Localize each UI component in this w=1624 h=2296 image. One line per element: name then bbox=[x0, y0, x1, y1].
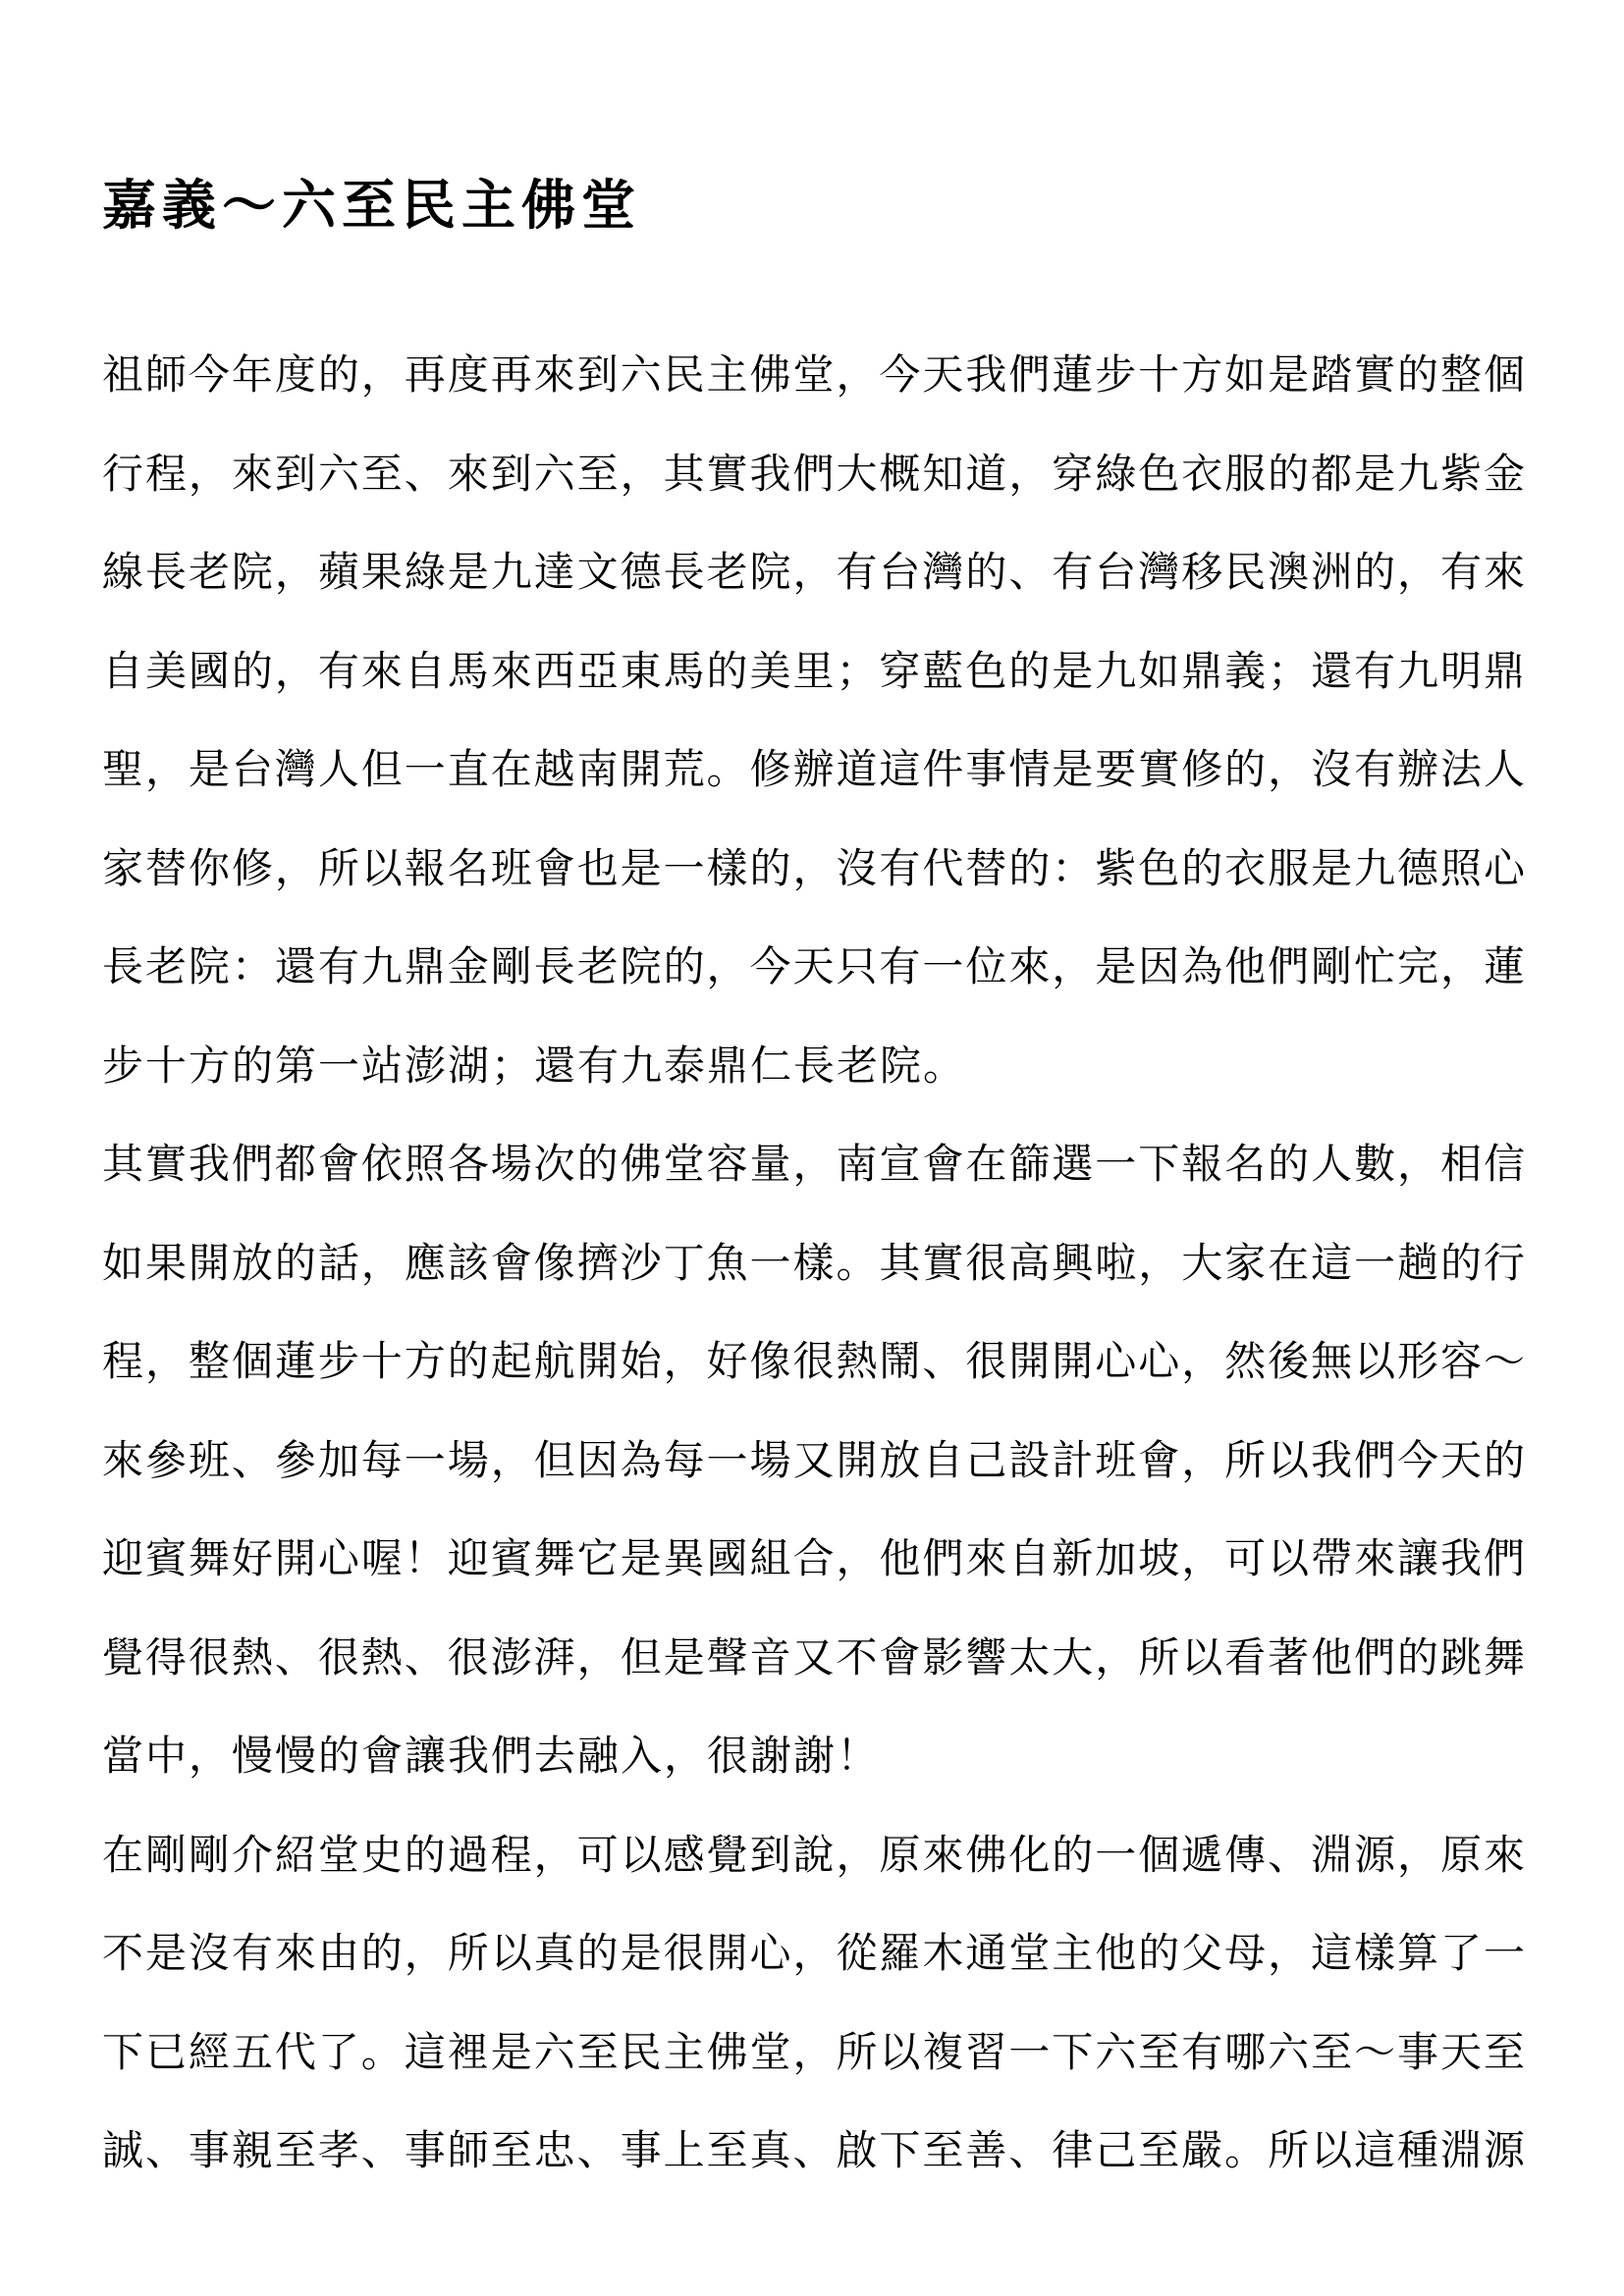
text-line: 自美國的，有來自馬來西亞東馬的美里；穿藍色的是九如鼎義；還有九明鼎 bbox=[102, 622, 1526, 721]
text-line: 當中，慢慢的會讓我們去融入，很謝謝！ bbox=[102, 1707, 1526, 1806]
text-line: 祖師今年度的，再度再來到六民主佛堂，今天我們蓮步十方如是踏實的整個 bbox=[102, 326, 1526, 425]
text-line: 程，整個蓮步十方的起航開始，好像很熱鬧、很開開心心，然後無以形容～ bbox=[102, 1312, 1526, 1412]
paragraph: 祖師今年度的，再度再來到六民主佛堂，今天我們蓮步十方如是踏實的整個行程，來到六至… bbox=[102, 326, 1526, 1115]
paragraph: 在剛剛介紹堂史的過程，可以感覺到說，原來佛化的一個遞傳、淵源，原來不是沒有來由的… bbox=[102, 1806, 1526, 2201]
text-line: 來參班、參加每一場，但因為每一場又開放自己設計班會，所以我們今天的 bbox=[102, 1412, 1526, 1511]
text-line: 行程，來到六至、來到六至，其實我們大概知道，穿綠色衣服的都是九紫金 bbox=[102, 425, 1526, 524]
document-page: 嘉義～六至民主佛堂 祖師今年度的，再度再來到六民主佛堂，今天我們蓮步十方如是踏實… bbox=[0, 0, 1624, 2296]
text-line: 覺得很熱、很熱、很澎湃，但是聲音又不會影響太大，所以看著他們的跳舞 bbox=[102, 1609, 1526, 1708]
text-line: 在剛剛介紹堂史的過程，可以感覺到說，原來佛化的一個遞傳、淵源，原來 bbox=[102, 1806, 1526, 1905]
text-line: 如果開放的話，應該會像擠沙丁魚一樣。其實很高興啦，大家在這一趟的行 bbox=[102, 1214, 1526, 1313]
text-line: 其實我們都會依照各場次的佛堂容量，南宣會在篩選一下報名的人數，相信 bbox=[102, 1115, 1526, 1214]
text-line: 迎賓舞好開心喔！迎賓舞它是異國組合，他們來自新加坡，可以帶來讓我們 bbox=[102, 1510, 1526, 1609]
document-body: 祖師今年度的，再度再來到六民主佛堂，今天我們蓮步十方如是踏實的整個行程，來到六至… bbox=[102, 326, 1526, 2201]
text-line: 聖，是台灣人但一直在越南開荒。修辦道這件事情是要實修的，沒有辦法人 bbox=[102, 721, 1526, 820]
text-line: 長老院：還有九鼎金剛長老院的，今天只有一位來，是因為他們剛忙完，蓮 bbox=[102, 918, 1526, 1017]
text-line: 家替你修，所以報名班會也是一樣的，沒有代替的：紫色的衣服是九德照心 bbox=[102, 820, 1526, 919]
text-line: 不是沒有來由的，所以真的是很開心，從羅木通堂主他的父母，這樣算了一 bbox=[102, 1904, 1526, 2003]
text-line: 下已經五代了。這裡是六至民主佛堂，所以複習一下六至有哪六至～事天至 bbox=[102, 2003, 1526, 2103]
paragraph: 其實我們都會依照各場次的佛堂容量，南宣會在篩選一下報名的人數，相信如果開放的話，… bbox=[102, 1115, 1526, 1806]
text-line: 線長老院，蘋果綠是九達文德長老院，有台灣的、有台灣移民澳洲的，有來 bbox=[102, 523, 1526, 622]
text-line: 誠、事親至孝、事師至忠、事上至真、啟下至善、律己至嚴。所以這種淵源 bbox=[102, 2102, 1526, 2201]
page-title: 嘉義～六至民主佛堂 bbox=[102, 173, 1526, 238]
text-line: 步十方的第一站澎湖；還有九泰鼎仁長老院。 bbox=[102, 1017, 1526, 1116]
